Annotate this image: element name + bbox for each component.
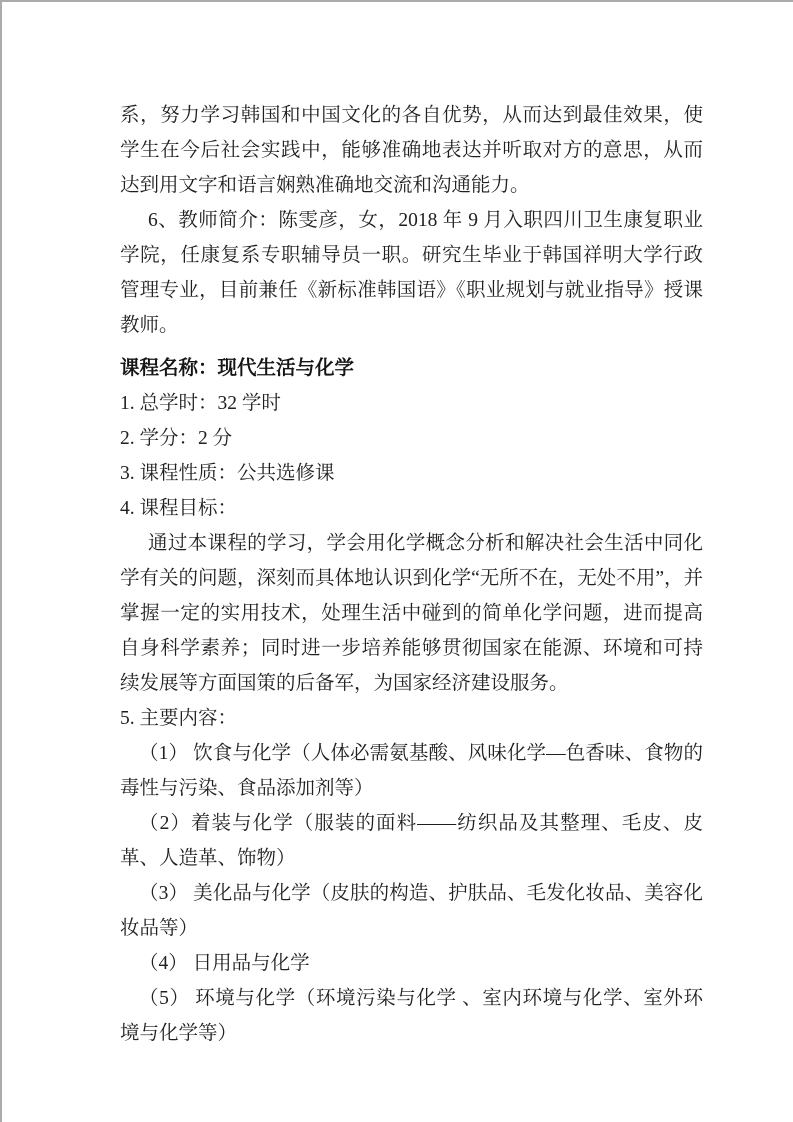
course-type: 3. 课程性质：公共选修课 [120, 456, 703, 491]
course-credits: 2. 学分：2 分 [120, 421, 703, 456]
course-main-content-label: 5. 主要内容： [120, 701, 703, 736]
course-title-heading: 课程名称：现代生活与化学 [120, 351, 703, 386]
content-item-clothing-chemistry: （2）着装与化学（服装的面料——纺织品及其整理、毛皮、皮革、人造革、饰物） [120, 806, 703, 876]
document-page: 系，努力学习韩国和中国文化的各自优势，从而达到最佳效果，使学生在今后社会实践中，… [0, 0, 793, 1122]
course-objectives-text: 通过本课程的学习，学会用化学概念分析和解决社会生活中同化学有关的问题，深刻而具体… [120, 526, 703, 701]
paragraph-continuation: 系，努力学习韩国和中国文化的各自优势，从而达到最佳效果，使学生在今后社会实践中，… [120, 98, 703, 203]
course-objectives-label: 4. 课程目标： [120, 491, 703, 526]
paragraph-teacher-intro: 6、教师简介：陈雯彦，女，2018 年 9 月入职四川卫生康复职业学院，任康复系… [120, 203, 703, 343]
content-item-food-chemistry: （1） 饮食与化学（人体必需氨基酸、风味化学—色香味、食物的毒性与污染、食品添加… [120, 736, 703, 806]
content-item-daily-goods-chemistry: （4） 日用品与化学 [120, 946, 703, 981]
course-total-hours: 1. 总学时：32 学时 [120, 386, 703, 421]
document-content: 系，努力学习韩国和中国文化的各自优势，从而达到最佳效果，使学生在今后社会实践中，… [2, 2, 793, 1051]
content-item-environment-chemistry: （5） 环境与化学（环境污染与化学 、室内环境与化学、室外环境与化学等） [120, 981, 703, 1051]
content-item-cosmetics-chemistry: （3） 美化品与化学（皮肤的构造、护肤品、毛发化妆品、美容化妆品等） [120, 876, 703, 946]
